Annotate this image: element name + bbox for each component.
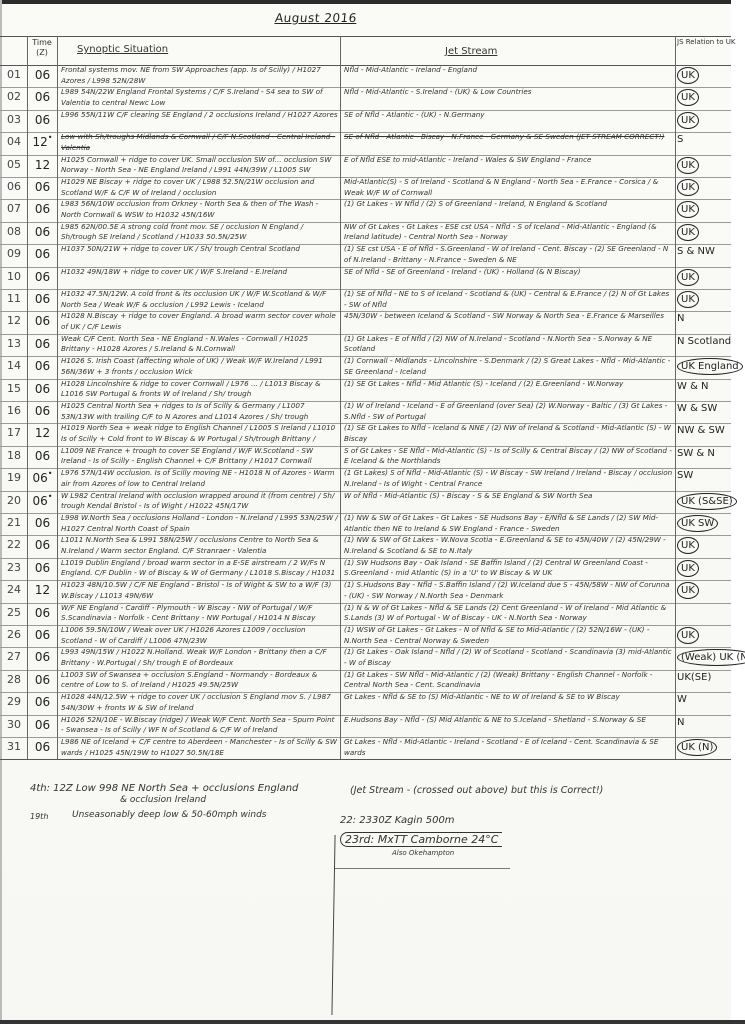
- relation-text: S: [677, 134, 683, 145]
- synoptic-cell: H1028 N.Biscay + ridge to cover England.…: [61, 311, 339, 333]
- table-row: 0106Frontal systems mov. NE from SW Appr…: [0, 65, 731, 87]
- relation-text: W & SW: [677, 403, 717, 414]
- day-cell: 10: [2, 270, 26, 283]
- relation-text: N: [677, 717, 684, 728]
- relation-cell: UK: [677, 112, 731, 129]
- day-cell: 20: [2, 494, 26, 507]
- time-cell: 06: [29, 359, 56, 373]
- time-cell: 12: [29, 158, 56, 172]
- relation-cell: UK: [677, 201, 731, 218]
- table-row: 2506W/F NE England - Cardiff - Plymouth …: [0, 603, 731, 625]
- jet-stream-cell: Mid-Atlantic(S) - S of Ireland - Scotlan…: [344, 177, 674, 199]
- logbook-page: August 2016 Time (Z) Synoptic Situation …: [0, 0, 745, 1024]
- time-cell: 06: [29, 113, 56, 127]
- synoptic-cell: H1028 44N/12.5W + ridge to cover UK / oc…: [61, 692, 339, 714]
- relation-cell: S: [677, 134, 731, 145]
- jet-stream-cell: (1) SE Gt Lakes - Nfld - Mid Atlantic (S…: [344, 379, 674, 401]
- note-jet-correct: (Jet Stream - (crossed out above) but th…: [350, 785, 603, 796]
- relation-cell: UK: [677, 89, 731, 106]
- day-cell: 13: [2, 337, 26, 350]
- relation-text: SW & N: [677, 448, 715, 459]
- day-cell: 15: [2, 382, 26, 395]
- day-cell: 21: [2, 516, 26, 529]
- day-cell: 30: [2, 718, 26, 731]
- synoptic-cell: L985 62N/00.5E A strong cold front mov. …: [61, 222, 339, 244]
- synoptic-cell: H1026 S. Irish Coast (affecting whole of…: [61, 356, 339, 378]
- relation-cell: N: [677, 717, 731, 728]
- day-cell: 29: [2, 695, 26, 708]
- circled-relation: UK: [677, 67, 699, 84]
- circled-relation: UK: [677, 560, 699, 577]
- relation-cell: UK: [677, 224, 731, 241]
- table-row: 2006W L982 Central Ireland with occlusio…: [0, 491, 731, 513]
- synoptic-cell: H1032 47.5N/12W. A cold front & its occl…: [61, 289, 339, 311]
- synoptic-cell: L996 55N/11W C/F clearing SE England / 2…: [61, 110, 339, 132]
- day-cell: 16: [2, 404, 26, 417]
- time-cell: 06: [29, 718, 56, 732]
- relation-cell: UK SW: [677, 515, 731, 532]
- synoptic-cell: L1019 Dublin England / broad warm sector…: [61, 558, 339, 580]
- table-row: 2206L1011 N.North Sea & L991 58N/25W / o…: [0, 535, 731, 557]
- time-cell: 06: [29, 471, 56, 485]
- synoptic-cell: L1009 NE France + trough to cover SE Eng…: [61, 446, 339, 468]
- time-cell: 06: [29, 225, 56, 239]
- time-cell: 06: [29, 695, 56, 709]
- day-cell: 08: [2, 225, 26, 238]
- time-cell: 06: [29, 202, 56, 216]
- synoptic-cell: H1029 NE Biscay + ridge to cover UK / L9…: [61, 177, 339, 199]
- relation-cell: (Weak) UK (N): [677, 649, 731, 666]
- scan-right-margin: [731, 0, 745, 1024]
- relation-cell: W: [677, 694, 731, 705]
- jet-stream-cell: NW of Gt Lakes - Gt Lakes - ESE cst USA …: [344, 222, 674, 244]
- table-row: 1306Weak C/F Cent. North Sea - NE Englan…: [0, 334, 731, 356]
- jet-stream-cell: E.Hudsons Bay - Nfld - (S) Mid Atlantic …: [344, 715, 674, 737]
- synoptic-cell: L989 54N/22W England Frontal Systems / C…: [61, 87, 339, 109]
- day-cell: 22: [2, 538, 26, 551]
- jet-stream-cell: Gt Lakes - Nfld - Mid-Atlantic - Ireland…: [344, 737, 674, 759]
- note-4th: 4th: 12Z Low 998 NE North Sea + occlusio…: [30, 783, 298, 794]
- day-cell: 24: [2, 583, 26, 596]
- time-cell: 06: [29, 404, 56, 418]
- relation-text: SW: [677, 470, 693, 481]
- jet-stream-cell: (1) Cornwall - Midlands - Lincolnshire -…: [344, 356, 674, 378]
- circled-relation: UK: [677, 582, 699, 599]
- relation-cell: UK: [677, 582, 731, 599]
- day-cell: 18: [2, 449, 26, 462]
- synoptic-cell: H1026 52N/10E - W.Biscay (ridge) / Weak …: [61, 715, 339, 737]
- day-cell: 31: [2, 740, 26, 753]
- relation-cell: W & SW: [677, 403, 731, 414]
- relation-text: W: [677, 694, 687, 705]
- table-row: 0206L989 54N/22W England Frontal Systems…: [0, 87, 731, 109]
- synoptic-cell: L983 56N/10W occlusion from Orkney - Nor…: [61, 199, 339, 221]
- relation-text: S & NW: [677, 246, 715, 257]
- jet-stream-cell: (1) S.Hudsons Bay - Nfld - S.Baffin Isla…: [344, 580, 674, 602]
- header-time: Time (Z): [29, 38, 55, 58]
- jet-stream-cell: (1) SW Hudsons Bay - Oak Island - SE Baf…: [344, 558, 674, 580]
- day-cell: 03: [2, 113, 26, 126]
- circled-relation: UK (N): [677, 739, 717, 756]
- jet-stream-cell: S of Gt Lakes - SE Nfld - Mid-Atlantic (…: [344, 446, 674, 468]
- jet-stream-cell: 45N/30W - between Iceland & Scotland - S…: [344, 311, 674, 333]
- jet-stream-cell: SE of Nfld - Atlantic - Biscay - N.Franc…: [344, 132, 674, 154]
- table-row: 2906H1028 44N/12.5W + ridge to cover UK …: [0, 692, 731, 714]
- page-title: August 2016: [274, 11, 357, 25]
- time-cell: 06: [29, 90, 56, 104]
- relation-text: UK(SE): [677, 672, 711, 683]
- jet-stream-cell: (1 Gt Lakes) S of Nfld - Mid-Atlantic (S…: [344, 468, 674, 490]
- circled-relation: UK: [677, 537, 699, 554]
- jet-stream-cell: (1) Gt Lakes - E of Nfld / (2) NW of N.I…: [344, 334, 674, 356]
- jet-stream-cell: (1) NW & SW of Gt Lakes - Gt Lakes - SE …: [344, 513, 674, 535]
- jet-stream-cell: (1) NW & SW of Gt Lakes - W.Nova Scotia …: [344, 535, 674, 557]
- table-row: 1806L1009 NE France + trough to cover SE…: [0, 446, 731, 468]
- time-cell: 12: [29, 426, 56, 440]
- relation-text: N: [677, 313, 684, 324]
- time-cell: 06: [29, 180, 56, 194]
- circled-relation: UK: [677, 201, 699, 218]
- time-cell: 06: [29, 740, 56, 754]
- jet-stream-cell: Gt Lakes - Nfld & SE to (S) Mid-Atlantic…: [344, 692, 674, 714]
- table-row: 0412Low with Sh/troughs Midlands & Cornw…: [0, 132, 731, 154]
- relation-cell: UK: [677, 291, 731, 308]
- synoptic-cell: W/F NE England - Cardiff - Plymouth - W …: [61, 603, 339, 625]
- table-row: 1106H1032 47.5N/12W. A cold front & its …: [0, 289, 731, 311]
- relation-cell: UK: [677, 537, 731, 554]
- day-cell: 06: [2, 180, 26, 193]
- jet-stream-cell: Nfld - Mid-Atlantic - Ireland - England: [344, 65, 674, 87]
- bottom-divider-line: [331, 835, 335, 1015]
- jet-stream-cell: W of Nfld - Mid-Atlantic (S) - Biscay - …: [344, 491, 674, 513]
- header-jet-stream: Jet Stream: [445, 46, 497, 57]
- circled-relation: UK SW: [677, 515, 718, 532]
- header-synoptic: Synoptic Situation: [77, 44, 168, 55]
- day-cell: 02: [2, 90, 26, 103]
- time-cell: 06: [29, 494, 56, 508]
- time-cell: 06: [29, 270, 56, 284]
- day-cell: 17: [2, 426, 26, 439]
- header-rule: [0, 36, 731, 37]
- time-cell: 06: [29, 606, 56, 620]
- circled-relation: UK: [677, 157, 699, 174]
- jet-stream-cell: Nfld - Mid-Atlantic - S.Ireland - (UK) &…: [344, 87, 674, 109]
- table-row: 0306L996 55N/11W C/F clearing SE England…: [0, 110, 731, 132]
- synoptic-cell: L1011 N.North Sea & L991 58N/25W / occlu…: [61, 535, 339, 557]
- relation-cell: W & N: [677, 381, 731, 392]
- table-row: 2306L1019 Dublin England / broad warm se…: [0, 558, 731, 580]
- circled-relation: UK: [677, 269, 699, 286]
- synoptic-cell: L998 W.North Sea / occlusions Holland - …: [61, 513, 339, 535]
- day-cell: 27: [2, 650, 26, 663]
- day-cell: 11: [2, 292, 26, 305]
- relation-cell: SW: [677, 470, 731, 481]
- relation-text: N Scotland: [677, 336, 731, 347]
- note-19th: Unseasonably deep low & 50-60mph winds: [72, 810, 266, 820]
- synoptic-cell: H1032 49N/18W + ridge to cover UK / W/F …: [61, 267, 339, 289]
- circled-relation: UK (S&SE): [677, 493, 737, 510]
- synoptic-cell: H1025 Central North Sea + ridges to Is o…: [61, 401, 339, 423]
- table-row: 2106L998 W.North Sea / occlusions Hollan…: [0, 513, 731, 535]
- table-row: 1406H1026 S. Irish Coast (affecting whol…: [0, 356, 731, 378]
- table-row: 3006H1026 52N/10E - W.Biscay (ridge) / W…: [0, 715, 731, 737]
- synoptic-cell: W L982 Central Ireland with occlusion wr…: [61, 491, 339, 513]
- day-cell: 28: [2, 673, 26, 686]
- jet-stream-cell: (1) Gt Lakes - Oak Island - Nfld / (2) W…: [344, 647, 674, 669]
- time-cell: 06: [29, 628, 56, 642]
- circled-relation: (Weak) UK (N): [677, 649, 745, 666]
- table-row: 0606H1029 NE Biscay + ridge to cover UK …: [0, 177, 731, 199]
- scan-bottom-edge: [0, 1020, 745, 1024]
- relation-cell: UK: [677, 157, 731, 174]
- day-cell: 09: [2, 247, 26, 260]
- circled-relation: UK England: [677, 358, 743, 375]
- day-cell: 05: [2, 158, 26, 171]
- time-cell: 06: [29, 314, 56, 328]
- synoptic-cell: L976 57N/14W occlusion. Is of Scilly mov…: [61, 468, 339, 490]
- relation-cell: UK: [677, 627, 731, 644]
- relation-cell: S & NW: [677, 246, 731, 257]
- jet-stream-cell: (1) W of Ireland - Iceland - E of Greenl…: [344, 401, 674, 423]
- jet-stream-cell: (1) Gt Lakes - W Nfld / (2) S of Greenla…: [344, 199, 674, 221]
- time-cell: 06: [29, 449, 56, 463]
- jet-stream-cell: (1) SE Gt Lakes to Nfld - Iceland & NNE …: [344, 423, 674, 445]
- jet-stream-cell: E of Nfld ESE to mid-Atlantic - Ireland …: [344, 155, 674, 177]
- table-row: 2806L1003 SW of Swansea + occlusion S.En…: [0, 670, 731, 692]
- jet-stream-cell: SE of Nfld - SE of Greenland - Ireland -…: [344, 267, 674, 289]
- synoptic-cell: H1037 50N/21W + ridge to cover UK / Sh/ …: [61, 244, 339, 266]
- circled-relation: UK: [677, 89, 699, 106]
- table-row: 2606L1006 59.5N/10W / Weak over UK / H10…: [0, 625, 731, 647]
- synoptic-cell: H1019 North Sea + weak ridge to English …: [61, 423, 339, 445]
- table-row: 0706L983 56N/10W occlusion from Orkney -…: [0, 199, 731, 221]
- relation-cell: UK: [677, 179, 731, 196]
- synoptic-cell: L986 NE of Iceland + C/F centre to Aberd…: [61, 737, 339, 759]
- jet-stream-cell: (1) N & W of Gt Lakes - Nfld & SE Lands …: [344, 603, 674, 625]
- day-cell: 25: [2, 606, 26, 619]
- relation-cell: UK: [677, 560, 731, 577]
- table-row: 3106L986 NE of Iceland + C/F centre to A…: [0, 737, 731, 759]
- table-row: 1712H1019 North Sea + weak ridge to Engl…: [0, 423, 731, 445]
- relation-cell: SW & N: [677, 448, 731, 459]
- table-row: 1606H1025 Central North Sea + ridges to …: [0, 401, 731, 423]
- synoptic-cell: L1006 59.5N/10W / Weak over UK / H1026 A…: [61, 625, 339, 647]
- relation-cell: UK(SE): [677, 672, 731, 683]
- jet-stream-cell: SE of Nfld - Atlantic - (UK) - N.Germany: [344, 110, 674, 132]
- jet-stream-cell: (1) SE of Nfld - NE to S of Iceland - Sc…: [344, 289, 674, 311]
- circled-relation: UK: [677, 224, 699, 241]
- day-cell: 04: [2, 135, 26, 148]
- table-row: 2412H1023 48N/10.5W / C/F NE England - B…: [0, 580, 731, 602]
- table-row: 1006H1032 49N/18W + ridge to cover UK / …: [0, 267, 731, 289]
- relation-text: W & N: [677, 381, 709, 392]
- time-cell: 06: [29, 561, 56, 575]
- circled-relation: UK: [677, 291, 699, 308]
- relation-cell: UK: [677, 269, 731, 286]
- time-cell: 12: [29, 583, 56, 597]
- synoptic-cell: H1028 Lincolnshire & ridge to cover Corn…: [61, 379, 339, 401]
- day-cell: 26: [2, 628, 26, 641]
- scan-top-edge: [0, 0, 745, 4]
- time-cell: 12: [29, 135, 56, 149]
- relation-text: NW & SW: [677, 425, 725, 436]
- time-cell: 06: [29, 538, 56, 552]
- time-cell: 06: [29, 650, 56, 664]
- relation-cell: UK England: [677, 358, 731, 375]
- time-cell: 06: [29, 382, 56, 396]
- note-23rd-extra: Also Okehampton: [392, 849, 454, 857]
- day-cell: 23: [2, 561, 26, 574]
- circled-relation: UK: [677, 112, 699, 129]
- table-row: 0512H1025 Cornwall + ridge to cover UK. …: [0, 155, 731, 177]
- relation-cell: N Scotland: [677, 336, 731, 347]
- day-cell: 07: [2, 202, 26, 215]
- note-22nd: 22: 2330Z Kagin 500m: [340, 815, 455, 826]
- synoptic-cell: H1023 48N/10.5W / C/F NE England - Brist…: [61, 580, 339, 602]
- note-4th-continued: & occlusion Ireland: [120, 795, 206, 805]
- day-cell: 19: [2, 471, 26, 484]
- day-cell: 12: [2, 314, 26, 327]
- relation-cell: N: [677, 313, 731, 324]
- table-row: 1506H1028 Lincolnshire & ridge to cover …: [0, 379, 731, 401]
- note-19th-label: 19th: [30, 812, 48, 821]
- synoptic-cell: L993 49N/15W / H1022 N.Holland. Weak W/F…: [61, 647, 339, 669]
- table-row: 1206H1028 N.Biscay + ridge to cover Engl…: [0, 311, 731, 333]
- table-row: 2706L993 49N/15W / H1022 N.Holland. Weak…: [0, 647, 731, 669]
- synoptic-cell: H1025 Cornwall + ridge to cover UK. Smal…: [61, 155, 339, 177]
- note-23rd: 23rd: MxTT Camborne 24°C: [340, 832, 502, 847]
- day-cell: 01: [2, 68, 26, 81]
- relation-cell: UK: [677, 67, 731, 84]
- jet-stream-cell: (1) SE cst USA - E of Nfld - S.Greenland…: [344, 244, 674, 266]
- circled-relation: UK: [677, 627, 699, 644]
- time-cell: 06: [29, 68, 56, 82]
- synoptic-cell: Low with Sh/troughs Midlands & Cornwall …: [61, 132, 339, 154]
- synoptic-cell: Weak C/F Cent. North Sea - NE England - …: [61, 334, 339, 356]
- time-cell: 06: [29, 292, 56, 306]
- jet-stream-cell: (1) WSW of Gt Lakes - Gt Lakes - N of Nf…: [344, 625, 674, 647]
- synoptic-cell: L1003 SW of Swansea + occlusion S.Englan…: [61, 670, 339, 692]
- time-cell: 06: [29, 673, 56, 687]
- relation-cell: NW & SW: [677, 425, 731, 436]
- table-row: 0906H1037 50N/21W + ridge to cover UK / …: [0, 244, 731, 266]
- relation-cell: UK (N): [677, 739, 731, 756]
- jet-stream-cell: (1) Gt Lakes - SW Nfld - Mid-Atlantic / …: [344, 670, 674, 692]
- table-row: 0806L985 62N/00.5E A strong cold front m…: [0, 222, 731, 244]
- row-rule: [0, 759, 731, 760]
- day-cell: 14: [2, 359, 26, 372]
- bottom-rule-line: [335, 868, 510, 869]
- time-cell: 06: [29, 516, 56, 530]
- table-row: 1906L976 57N/14W occlusion. Is of Scilly…: [0, 468, 731, 490]
- time-cell: 06: [29, 247, 56, 261]
- header-relation: JS Relation to UK: [677, 38, 737, 46]
- synoptic-cell: Frontal systems mov. NE from SW Approach…: [61, 65, 339, 87]
- circled-relation: UK: [677, 179, 699, 196]
- time-cell: 06: [29, 337, 56, 351]
- relation-cell: UK (S&SE): [677, 493, 731, 510]
